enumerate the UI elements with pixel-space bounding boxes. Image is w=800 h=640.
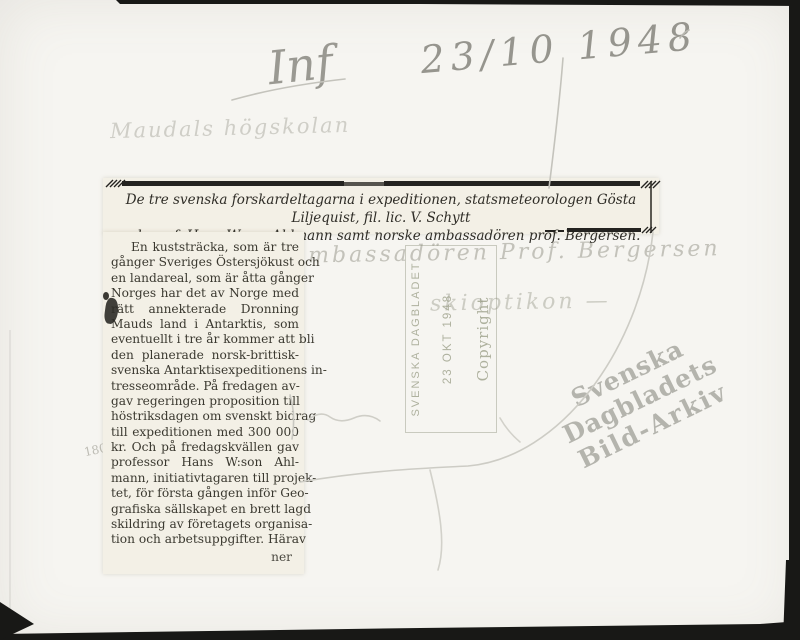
body-line: den planerade norsk-brittisk-	[111, 348, 299, 363]
body-line: professor Hans W:son Ahl-	[111, 455, 299, 470]
body-line: höstriksdagen om svenskt bidrag	[111, 409, 299, 424]
handwritten-date: 23/10 1948	[419, 14, 700, 82]
pencil-note-top: Maudals högskolan	[110, 113, 351, 143]
caption-line-1: De tre svenska forskardeltagarna i exped…	[103, 191, 659, 227]
body-line: gav regeringen proposition till	[111, 394, 299, 409]
stamp-date: 23 OKT 1948	[442, 246, 454, 432]
bild-arkiv-stamp: Svenska Dagbladets Bild-Arkiv	[513, 308, 767, 491]
body-line: tet, för första gången inför Geo-	[111, 486, 299, 501]
body-line: en landareal, som är åtta gånger	[111, 271, 299, 286]
ink-blotch-small	[103, 292, 109, 300]
body-line: kr. Och på fredagskvällen gav	[111, 440, 299, 455]
body-line: svenska Antarktisexpeditionens in-	[111, 363, 299, 378]
body-line: skildring av företagets organisa-	[111, 517, 299, 532]
clipping-body-column: En kuststräcka, som är tregånger Sverige…	[103, 232, 304, 574]
body-line: rätt annekterade Dronning	[111, 302, 299, 317]
body-line: grafiska sällskapet en brett lagd	[111, 502, 299, 517]
stamp-paper-name: SVENSKA DAGBLADET	[410, 246, 422, 432]
article-text: En kuststräcka, som är tregånger Sverige…	[111, 240, 299, 548]
copyright-date-stamp: SVENSKA DAGBLADET 23 OKT 1948 Copyright	[405, 245, 497, 433]
body-line: mann, initiativtagaren till projek-	[111, 471, 299, 486]
clipping-caption-strip: De tre svenska forskardeltagarna i exped…	[103, 178, 659, 234]
body-line: tion och arbetsuppgifter. Härav	[111, 532, 299, 547]
stamp-copyright-label: Copyright	[474, 246, 492, 432]
body-line: eventuellt i tre år kommer att bli	[111, 332, 299, 347]
body-line: till expeditionen med 300 000	[111, 425, 299, 440]
body-line: tresseområde. På fredagen av-	[111, 379, 299, 394]
torn-text-fragment: ner	[271, 550, 292, 564]
handwritten-reference-mark: Inf	[265, 35, 335, 95]
archive-photo-card: Inf 23/10 1948 Maudals högskolan ambassa…	[0, 0, 800, 640]
body-line: Mauds land i Antarktis, som	[111, 317, 299, 332]
body-line: gånger Sveriges Östersjökust och	[111, 255, 299, 270]
body-line: En kuststräcka, som är tre	[111, 240, 299, 255]
body-line: Norges har det av Norge med	[111, 286, 299, 301]
